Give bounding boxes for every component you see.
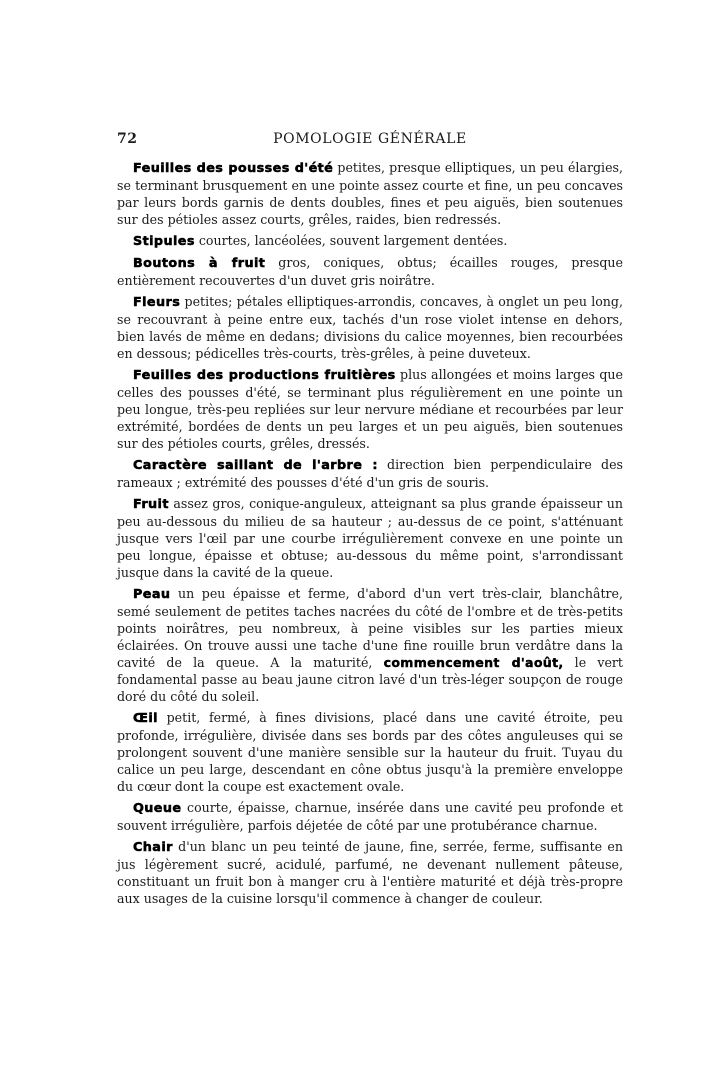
- paragraph-text: d'un blanc un peu teinté de jaune, fine,…: [117, 839, 623, 906]
- paragraph-text: petit, fermé, à fines divisions, placé d…: [117, 710, 623, 794]
- paragraph-lead: Œil: [133, 711, 158, 726]
- paragraph-lead: Caractère saillant de l'arbre :: [133, 458, 378, 473]
- paragraph-chair: Chair d'un blanc un peu teinté de jaune,…: [117, 838, 623, 907]
- paragraph-text: petites; pétales elliptiques-arrondis, c…: [117, 294, 623, 361]
- paragraph-feuilles-pousses: Feuilles des pousses d'été petites, pres…: [117, 159, 623, 228]
- running-title: POMOLOGIE GÉNÉRALE: [117, 131, 623, 147]
- paragraph-lead: Feuilles des pousses d'été: [133, 161, 333, 176]
- paragraph-lead: Chair: [133, 840, 173, 855]
- paragraph-lead: Fleurs: [133, 295, 180, 310]
- paragraph-peau: Peau un peu épaisse et ferme, d'abord d'…: [117, 585, 623, 705]
- paragraph-caractere: Caractère saillant de l'arbre : directio…: [117, 456, 623, 491]
- paragraph-fleurs: Fleurs petites; pétales elliptiques-arro…: [117, 293, 623, 362]
- book-page: 72 POMOLOGIE GÉNÉRALE Feuilles des pouss…: [117, 131, 623, 911]
- paragraph-oeil: Œil petit, fermé, à fines divisions, pla…: [117, 709, 623, 795]
- paragraph-stipules: Stipules courtes, lancéolées, souvent la…: [117, 232, 623, 250]
- paragraph-lead: Fruit: [133, 497, 169, 512]
- paragraph-text: courtes, lancéolées, souvent largement d…: [195, 233, 508, 248]
- paragraph-boutons: Boutons à fruit gros, coniques, obtus; é…: [117, 254, 623, 289]
- paragraph-text: courte, épaisse, charnue, insérée dans u…: [117, 800, 623, 833]
- paragraph-fruit: Fruit assez gros, conique-anguleux, atte…: [117, 495, 623, 581]
- paragraph-lead: Stipules: [133, 234, 195, 249]
- paragraph-lead: Boutons à fruit: [133, 256, 265, 271]
- paragraph-lead: Peau: [133, 587, 170, 602]
- paragraph-lead: Feuilles des productions fruitières: [133, 368, 396, 383]
- paragraph-text: assez gros, conique-anguleux, atteignant…: [117, 496, 623, 580]
- paragraph-feuilles-productions: Feuilles des productions fruitières plus…: [117, 366, 623, 452]
- paragraph-queue: Queue courte, épaisse, charnue, insérée …: [117, 799, 623, 834]
- running-head: 72 POMOLOGIE GÉNÉRALE: [117, 131, 623, 149]
- maturity-date: commencement d'août,: [384, 655, 564, 670]
- paragraph-lead: Queue: [133, 801, 181, 816]
